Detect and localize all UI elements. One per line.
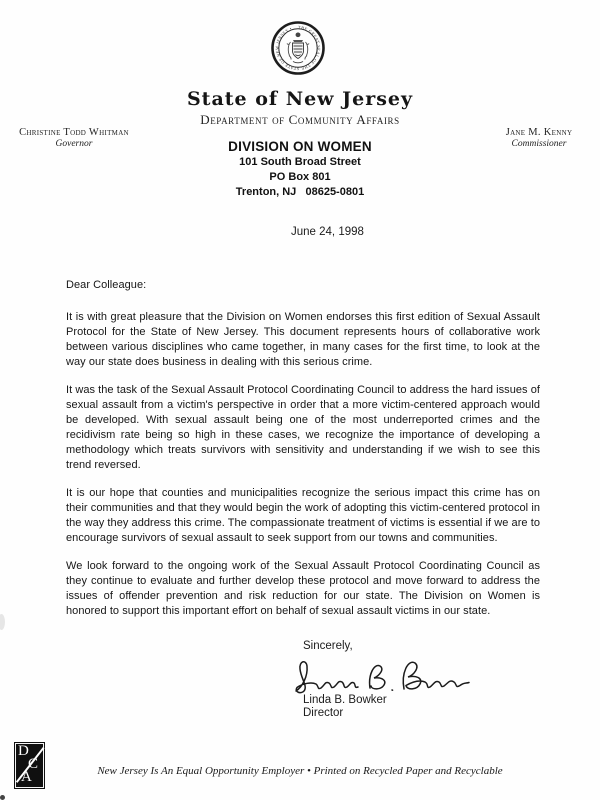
paragraph-2: It was the task of the Sexual Assault Pr…: [66, 383, 540, 473]
division-name: DIVISION ON WOMEN: [0, 139, 600, 154]
footer-tagline: New Jersey Is An Equal Opportunity Emplo…: [0, 765, 600, 777]
handwritten-signature: [292, 653, 472, 697]
letter-date: June 24, 1998: [291, 226, 364, 238]
letter-page: THE GREAT SEAL OF THE STATE OF NEW JERSE…: [0, 0, 600, 800]
division-address-block: DIVISION ON WOMEN 101 South Broad Street…: [0, 139, 600, 199]
coat-of-arms-icon: [287, 33, 309, 63]
new-jersey-state-seal-icon: THE GREAT SEAL OF THE STATE OF NEW JERSE…: [271, 20, 325, 78]
letter-body: Dear Colleague: It is with great pleasur…: [66, 278, 540, 632]
paragraph-3: It is our hope that counties and municip…: [66, 486, 540, 546]
scan-artifact: [0, 795, 5, 800]
department-name: Department of Community Affairs: [0, 112, 600, 128]
address-street: 101 South Broad Street: [0, 156, 600, 169]
paragraph-1: It is with great pleasure that the Divis…: [66, 310, 540, 370]
state-name: State of New Jersey: [0, 88, 600, 110]
governor-name: Christine Todd Whitman: [16, 127, 132, 138]
signer-block: Linda B. Bowker Director: [303, 694, 387, 720]
signer-title: Director: [303, 707, 387, 720]
address-city: Trenton, NJ 08625-0801: [0, 186, 600, 199]
paragraph-4: We look forward to the ongoing work of t…: [66, 559, 540, 619]
scan-artifact: [0, 614, 5, 630]
salutation: Dear Colleague:: [66, 278, 540, 293]
commissioner-name: Jane M. Kenny: [492, 127, 586, 138]
signer-name: Linda B. Bowker: [303, 694, 387, 707]
address-pobox: PO Box 801: [0, 171, 600, 184]
closing: Sincerely,: [303, 640, 353, 652]
